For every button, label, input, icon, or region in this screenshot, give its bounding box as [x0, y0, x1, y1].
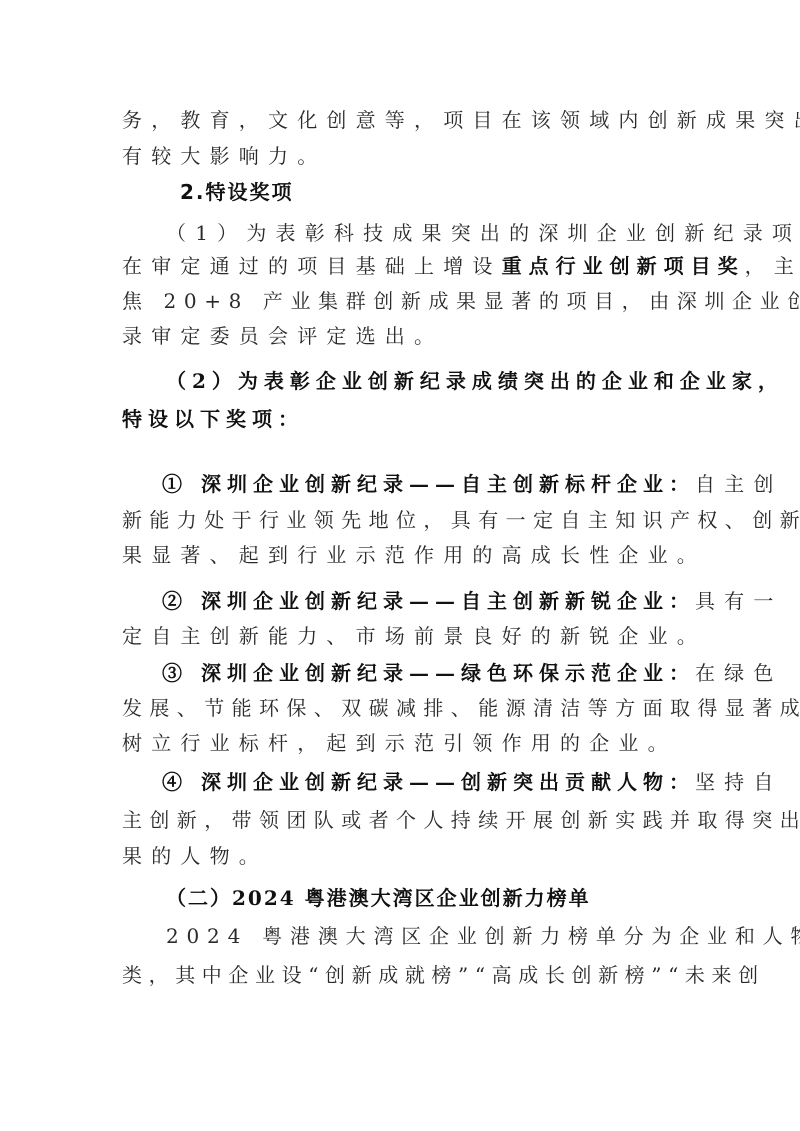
subheading-line: 特设以下奖项： — [122, 407, 304, 431]
text-segment: 在审定通过的项目基础上增设 — [122, 254, 502, 278]
paragraph-line: 定自主创新能力、市场前景良好的新锐企业。 — [122, 624, 706, 648]
paragraph-line: 果的人物。 — [122, 844, 268, 868]
award-item-3: ③ 深圳企业创新纪录——绿色环保示范企业：在绿色 — [162, 661, 783, 685]
paragraph-line: 果显著、起到行业示范作用的高成长性企业。 — [122, 543, 706, 567]
award-title: ② 深圳企业创新纪录——自主创新新锐企业： — [162, 589, 695, 613]
award-title: ① 深圳企业创新纪录——自主创新标杆企业： — [162, 472, 695, 496]
award-desc: 坚持自 — [695, 770, 783, 794]
paragraph-line: 有较大影响力。 — [122, 144, 326, 168]
subheading-line: （2）为表彰企业创新纪录成绩突出的企业和企业家， — [166, 369, 784, 393]
paragraph-line: 树立行业标杆，起到示范引领作用的企业。 — [122, 731, 677, 755]
award-desc: 自主创 — [695, 472, 783, 496]
paragraph-line: 新能力处于行业领先地位，具有一定自主知识产权、创新成 — [122, 508, 800, 532]
paragraph-line: 发展、节能环保、双碳减排、能源清洁等方面取得显著成就， — [122, 696, 800, 720]
paragraph-line: 务，教育，文化创意等，项目在该领域内创新成果突出并具 — [122, 108, 800, 132]
award-desc: 具有一 — [695, 589, 783, 613]
award-item-1: ① 深圳企业创新纪录——自主创新标杆企业：自主创 — [162, 472, 783, 496]
award-title: ④ 深圳企业创新纪录——创新突出贡献人物： — [162, 770, 695, 794]
paragraph-line: 录审定委员会评定选出。 — [122, 324, 443, 348]
emphasis-award-name: 重点行业创新项目奖 — [502, 254, 745, 278]
paragraph-line: （1）为表彰科技成果突出的深圳企业创新纪录项目， — [166, 221, 800, 245]
section-heading-gba-ranking: （二）2024 粤港澳大湾区企业创新力榜单 — [166, 886, 591, 910]
award-title: ③ 深圳企业创新纪录——绿色环保示范企业： — [162, 661, 695, 685]
award-item-4: ④ 深圳企业创新纪录——创新突出贡献人物：坚持自 — [162, 770, 783, 794]
paragraph-line: 类，其中企业设“创新成就榜”“高成长创新榜”“未来创 — [122, 963, 765, 987]
paragraph-line: 主创新，带领团队或者个人持续开展创新实践并取得突出成 — [122, 808, 800, 832]
paragraph-line: 在审定通过的项目基础上增设重点行业创新项目奖，主要聚 — [122, 254, 800, 278]
paragraph-line: 2024 粤港澳大湾区企业创新力榜单分为企业和人物两 — [166, 924, 800, 948]
section-heading-special-awards: 2.特设奖项 — [180, 180, 294, 204]
award-item-2: ② 深圳企业创新纪录——自主创新新锐企业：具有一 — [162, 589, 783, 613]
award-desc: 在绿色 — [695, 661, 783, 685]
paragraph-line: 焦 20+8 产业集群创新成果显著的项目，由深圳企业创新纪 — [122, 289, 800, 313]
text-segment: ，主要聚 — [745, 254, 800, 278]
